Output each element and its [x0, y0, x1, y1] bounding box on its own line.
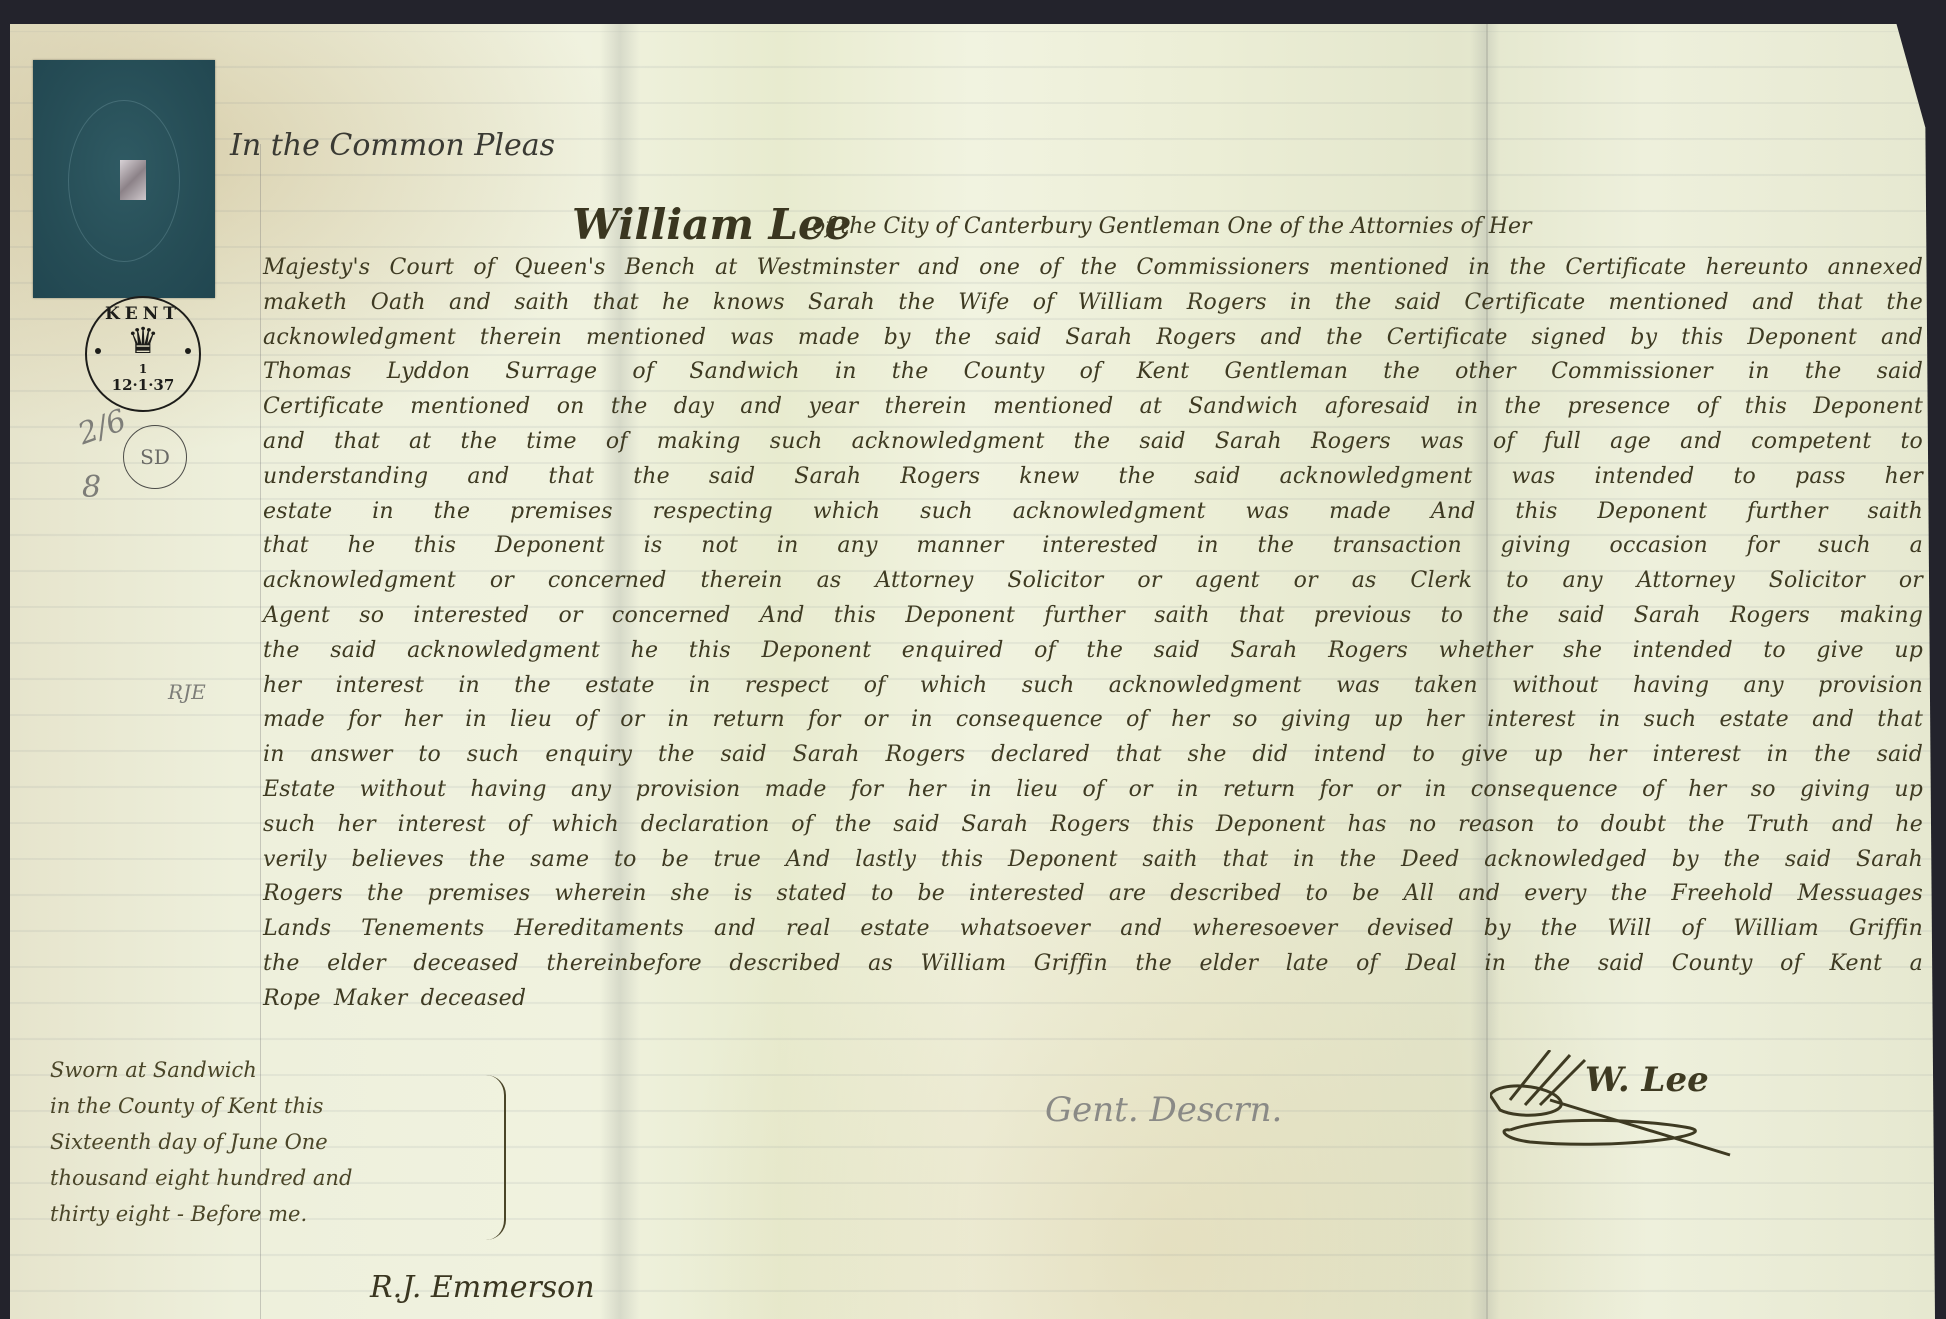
- margin-folio-note: 8: [82, 470, 101, 505]
- body-line: maketh Oath and saith that he knows Sara…: [263, 286, 1923, 321]
- commissioner-signature: R.J. Emmerson: [370, 1270, 595, 1305]
- revenue-stamp: [33, 60, 215, 298]
- body-line: Majesty's Court of Queen's Bench at West…: [263, 251, 1923, 286]
- body-line: acknowledgment or concerned therein as A…: [263, 564, 1923, 599]
- body-line: the elder deceased thereinbefore describ…: [263, 947, 1923, 982]
- stamp-dot: [95, 348, 101, 354]
- body-line: Rogers the premises wherein she is state…: [263, 877, 1923, 912]
- jurat-line: in the County of Kent this: [50, 1088, 490, 1124]
- pencil-annotation: Gent. Descrn.: [1045, 1090, 1282, 1130]
- deponent-signature: W. Lee: [1490, 1050, 1750, 1160]
- body-line: Thomas Lyddon Surrage of Sandwich in the…: [263, 355, 1923, 390]
- body-line: acknowledgment therein mentioned was mad…: [263, 321, 1923, 356]
- stamp-dot: [185, 348, 191, 354]
- body-line: that he this Deponent is not in any mann…: [263, 529, 1923, 564]
- body-line: estate in the premises respecting which …: [263, 495, 1923, 530]
- body-line: Estate without having any provision made…: [263, 773, 1923, 808]
- crown-icon: ♛: [87, 324, 199, 360]
- body-line: Rope Maker deceased: [263, 982, 1923, 1017]
- body-line: verily believes the same to be true And …: [263, 843, 1923, 878]
- kent-stamp-number: 1: [87, 362, 199, 376]
- deponent-name: William Lee: [572, 200, 852, 249]
- body-line: Agent so interested or concerned And thi…: [263, 599, 1923, 634]
- body-line: in answer to such enquiry the said Sarah…: [263, 738, 1923, 773]
- kent-postmark-stamp: KENT ♛ 1 12·1·37: [85, 296, 201, 412]
- jurat-line: thirty eight - Before me.: [50, 1196, 490, 1232]
- body-line: made for her in lieu of or in return for…: [263, 703, 1923, 738]
- court-heading: In the Common Pleas: [230, 128, 555, 163]
- jurat-brace: [486, 1075, 506, 1240]
- jurat-line: Sixteenth day of June One: [50, 1124, 490, 1160]
- opening-line: of the City of Canterbury Gentleman One …: [812, 214, 1532, 239]
- affidavit-body: Majesty's Court of Queen's Bench at West…: [263, 251, 1923, 1017]
- body-line: Lands Tenements Hereditaments and real e…: [263, 912, 1923, 947]
- margin-initials-note: RJE: [168, 680, 206, 704]
- jurat-line: thousand eight hundred and: [50, 1160, 490, 1196]
- stamp-foil-strip: [120, 160, 146, 200]
- sd-stamp: SD: [123, 425, 187, 489]
- jurat-line: Sworn at Sandwich: [50, 1052, 490, 1088]
- deponent-signature-text: W. Lee: [1585, 1060, 1709, 1100]
- body-line: understanding and that the said Sarah Ro…: [263, 460, 1923, 495]
- kent-stamp-date: 12·1·37: [87, 376, 199, 394]
- body-line: and that at the time of making such ackn…: [263, 425, 1923, 460]
- body-line: Certificate mentioned on the day and yea…: [263, 390, 1923, 425]
- body-line: the said acknowledgment he this Deponent…: [263, 634, 1923, 669]
- body-line: such her interest of which declaration o…: [263, 808, 1923, 843]
- body-line: her interest in the estate in respect of…: [263, 669, 1923, 704]
- jurat-block: Sworn at Sandwich in the County of Kent …: [50, 1052, 490, 1232]
